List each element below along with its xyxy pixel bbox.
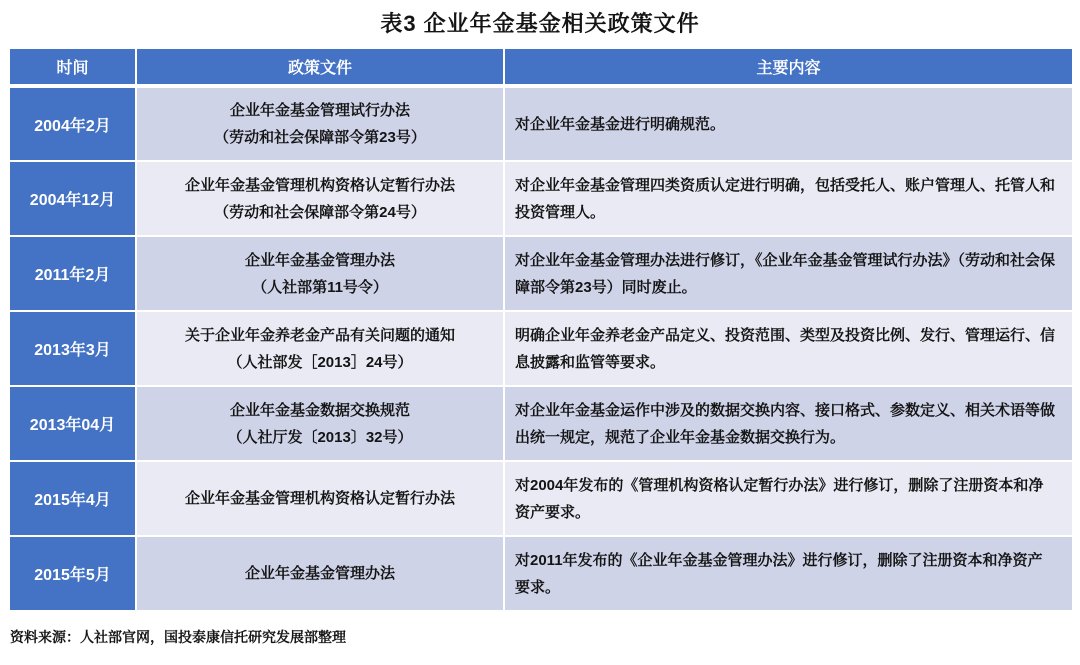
cell-main-content: 对2011年发布的《企业年金基金管理办法》进行修订，删除了注册资本和净资产要求。 — [504, 536, 1073, 611]
cell-time: 2013年04月 — [9, 386, 136, 461]
cell-main-content: 对2004年发布的《管理机构资格认定暂行办法》进行修订，删除了注册资本和净资产要… — [504, 461, 1073, 536]
cell-policy-doc: 企业年金基金管理试行办法 （劳动和社会保障部令第23号） — [136, 86, 504, 161]
cell-main-content: 明确企业年金养老金产品定义、投资范围、类型及投资比例、发行、管理运行、信息披露和… — [504, 311, 1073, 386]
cell-time: 2011年2月 — [9, 236, 136, 311]
doc-number-line: （劳动和社会保障部令第23号） — [143, 124, 497, 151]
doc-title-line: 企业年金基金管理机构资格认定暂行办法 — [143, 172, 497, 199]
cell-policy-doc: 企业年金基金管理办法 — [136, 536, 504, 611]
doc-title-line: 企业年金基金管理办法 — [143, 247, 497, 274]
policy-table: 时间 政策文件 主要内容 2004年2月 企业年金基金管理试行办法 （劳动和社会… — [8, 47, 1074, 612]
table-row: 2015年4月 企业年金基金管理机构资格认定暂行办法 对2004年发布的《管理机… — [9, 461, 1073, 536]
doc-title-line: 企业年金基金管理试行办法 — [143, 97, 497, 124]
cell-time: 2004年2月 — [9, 86, 136, 161]
header-row: 时间 政策文件 主要内容 — [9, 48, 1073, 86]
doc-title-line: 企业年金基金数据交换规范 — [143, 397, 497, 424]
cell-policy-doc: 企业年金基金数据交换规范 （人社厅发〔2013〕32号） — [136, 386, 504, 461]
doc-number-line: （人社部第11号令） — [143, 274, 497, 301]
cell-policy-doc: 企业年金基金管理办法 （人社部第11号令） — [136, 236, 504, 311]
cell-main-content: 对企业年金基金运作中涉及的数据交换内容、接口格式、参数定义、相关术语等做出统一规… — [504, 386, 1073, 461]
source-note: 资料来源：人社部官网，国投泰康信托研究发展部整理 — [10, 627, 1080, 647]
header-policy-doc: 政策文件 — [136, 48, 504, 86]
table-row: 2004年12月 企业年金基金管理机构资格认定暂行办法 （劳动和社会保障部令第2… — [9, 161, 1073, 236]
header-main-content: 主要内容 — [504, 48, 1073, 86]
cell-main-content: 对企业年金基金进行明确规范。 — [504, 86, 1073, 161]
cell-time: 2015年4月 — [9, 461, 136, 536]
doc-number-line: （人社部发［2013］24号） — [143, 349, 497, 376]
cell-time: 2015年5月 — [9, 536, 136, 611]
cell-time: 2004年12月 — [9, 161, 136, 236]
table-row: 2015年5月 企业年金基金管理办法 对2011年发布的《企业年金基金管理办法》… — [9, 536, 1073, 611]
table-title: 表3 企业年金基金相关政策文件 — [0, 0, 1080, 38]
cell-main-content: 对企业年金基金管理办法进行修订，《企业年金基金管理试行办法》（劳动和社会保障部令… — [504, 236, 1073, 311]
table-row: 2013年3月 关于企业年金养老金产品有关问题的通知 （人社部发［2013］24… — [9, 311, 1073, 386]
cell-time: 2013年3月 — [9, 311, 136, 386]
header-time: 时间 — [9, 48, 136, 86]
cell-policy-doc: 企业年金基金管理机构资格认定暂行办法 — [136, 461, 504, 536]
doc-number-line: （劳动和社会保障部令第24号） — [143, 199, 497, 226]
doc-title-line: 企业年金基金管理机构资格认定暂行办法 — [143, 485, 497, 512]
table-row: 2004年2月 企业年金基金管理试行办法 （劳动和社会保障部令第23号） 对企业… — [9, 86, 1073, 161]
page: 表3 企业年金基金相关政策文件 时间 政策文件 主要内容 2004年2月 企业年… — [0, 0, 1080, 665]
doc-number-line: （人社厅发〔2013〕32号） — [143, 424, 497, 451]
table-row: 2013年04月 企业年金基金数据交换规范 （人社厅发〔2013〕32号） 对企… — [9, 386, 1073, 461]
table-row: 2011年2月 企业年金基金管理办法 （人社部第11号令） 对企业年金基金管理办… — [9, 236, 1073, 311]
cell-policy-doc: 关于企业年金养老金产品有关问题的通知 （人社部发［2013］24号） — [136, 311, 504, 386]
cell-policy-doc: 企业年金基金管理机构资格认定暂行办法 （劳动和社会保障部令第24号） — [136, 161, 504, 236]
cell-main-content: 对企业年金基金管理四类资质认定进行明确，包括受托人、账户管理人、托管人和投资管理… — [504, 161, 1073, 236]
doc-title-line: 企业年金基金管理办法 — [143, 560, 497, 587]
doc-title-line: 关于企业年金养老金产品有关问题的通知 — [143, 322, 497, 349]
